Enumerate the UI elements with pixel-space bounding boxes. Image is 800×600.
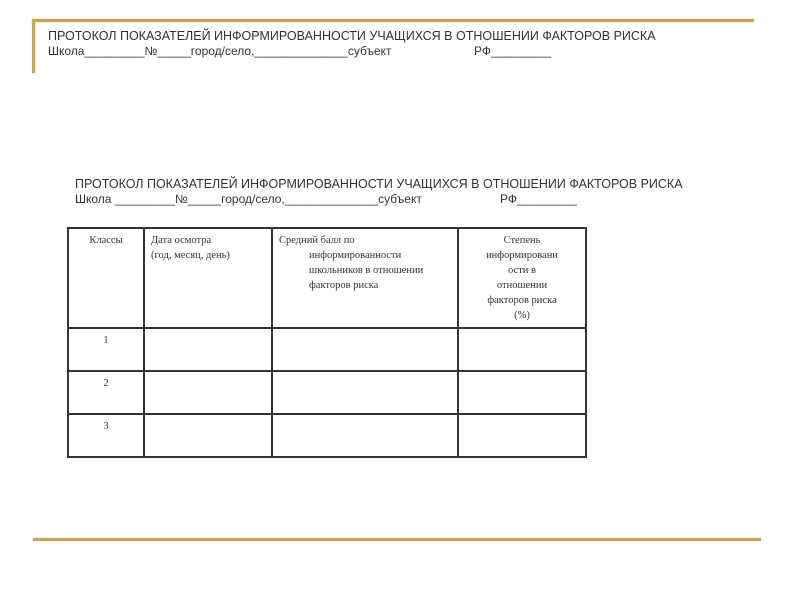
protocol-rf-field: РФ_________	[500, 192, 577, 207]
table-row: 1	[68, 328, 586, 371]
slide-rf-field: РФ_________	[474, 44, 551, 59]
slide-title: ПРОТОКОЛ ПОКАЗАТЕЛЕЙ ИНФОРМИРОВАННОСТИ У…	[48, 29, 656, 44]
cell-avg	[272, 414, 458, 457]
cell-degree	[458, 414, 586, 457]
header-awareness-degree: Степень информировани ости в отношении ф…	[458, 228, 586, 328]
table-header-row: Классы Дата осмотра (год, месяц, день) С…	[68, 228, 586, 328]
decorative-frame-top	[32, 19, 754, 22]
header-exam-date: Дата осмотра (год, месяц, день)	[144, 228, 272, 328]
protocol-title: ПРОТОКОЛ ПОКАЗАТЕЛЕЙ ИНФОРМИРОВАННОСТИ У…	[75, 177, 683, 192]
header-classes: Классы	[68, 228, 144, 328]
table-row: 2	[68, 371, 586, 414]
cell-class: 1	[68, 328, 144, 371]
protocol-subtitle: Школа _________№_____город/село,________…	[75, 192, 422, 207]
cell-avg	[272, 328, 458, 371]
cell-degree	[458, 371, 586, 414]
decorative-frame-left	[32, 19, 35, 73]
cell-degree	[458, 328, 586, 371]
cell-date	[144, 414, 272, 457]
cell-date	[144, 371, 272, 414]
cell-class: 2	[68, 371, 144, 414]
header-average-score: Средний балл по информированности школьн…	[272, 228, 458, 328]
decorative-bottom-rule	[33, 538, 761, 541]
protocol-table: Классы Дата осмотра (год, месяц, день) С…	[67, 227, 587, 458]
cell-class: 3	[68, 414, 144, 457]
slide-subtitle: Школа_________№_____город/село,_________…	[48, 44, 392, 59]
table-row: 3	[68, 414, 586, 457]
cell-date	[144, 328, 272, 371]
cell-avg	[272, 371, 458, 414]
